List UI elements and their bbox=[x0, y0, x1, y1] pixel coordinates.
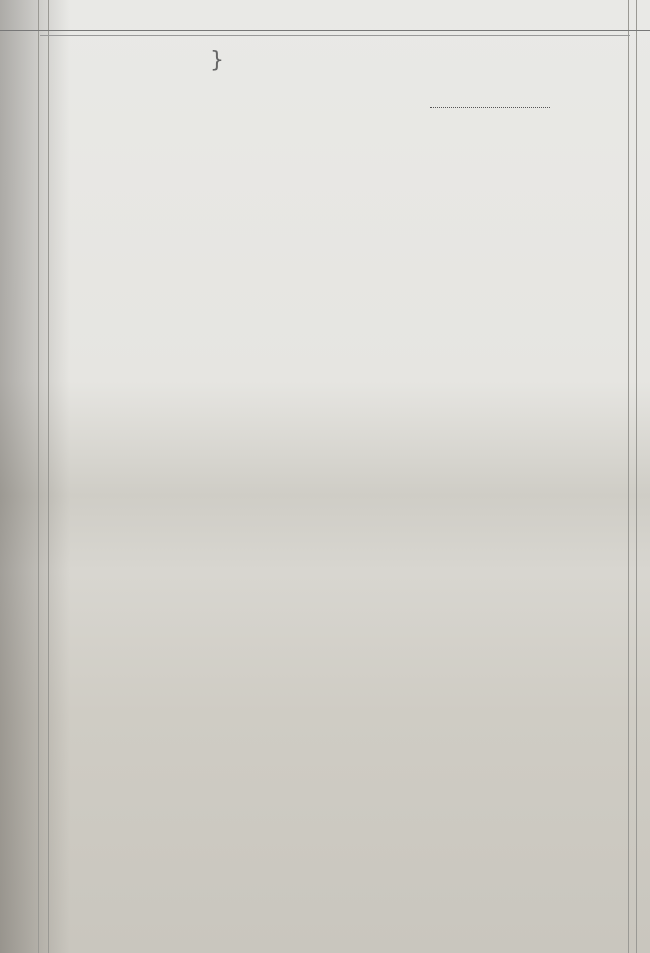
top-rule bbox=[0, 30, 650, 31]
brace: } bbox=[210, 48, 224, 73]
margin-rule bbox=[48, 0, 49, 953]
top-rule bbox=[40, 35, 630, 36]
margin-rule bbox=[38, 0, 39, 953]
margin-rule bbox=[628, 0, 629, 953]
margin-rule bbox=[636, 0, 637, 953]
page-shadow bbox=[0, 0, 70, 953]
dotted-line bbox=[430, 95, 550, 113]
